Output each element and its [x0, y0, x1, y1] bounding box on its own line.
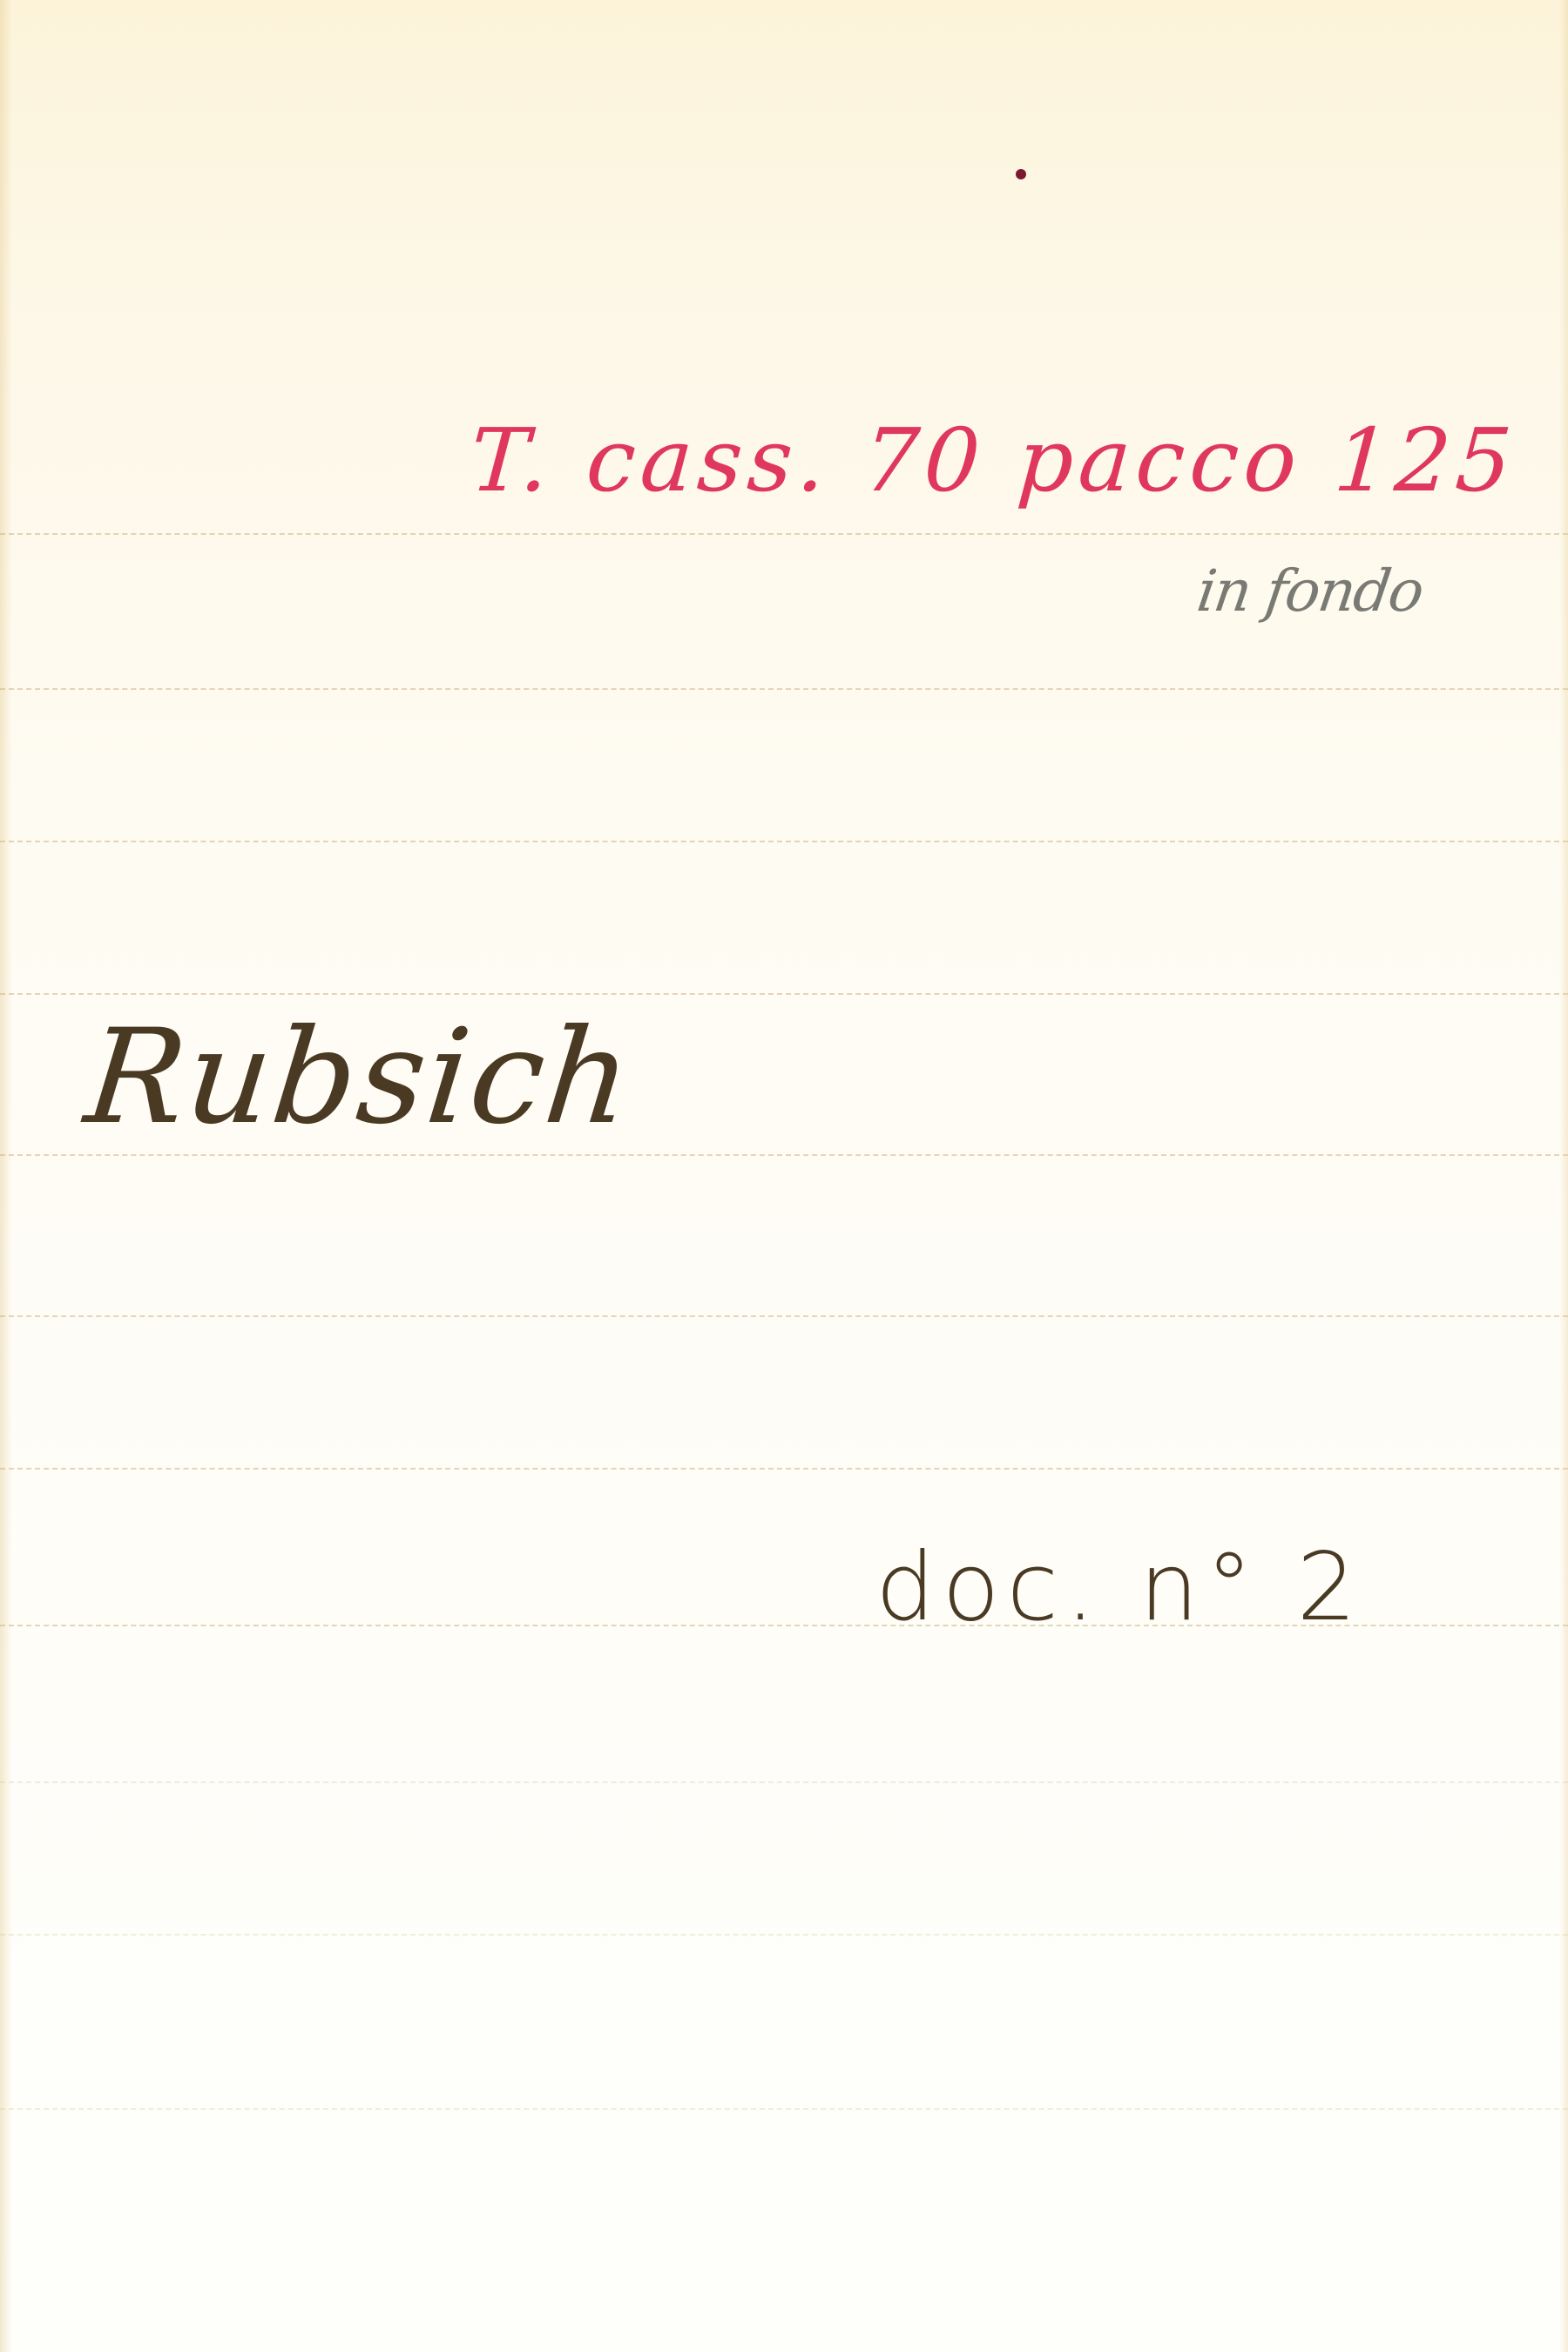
archive-reference: T. cass. 70 pacco 125 — [467, 409, 1520, 511]
ruled-line — [0, 688, 1568, 690]
surname: Rubsich — [79, 1002, 639, 1153]
index-card: T. cass. 70 pacco 125 in fondo Rubsich d… — [0, 0, 1568, 2352]
ruled-line — [0, 841, 1568, 842]
pencil-note: in fondo — [1193, 558, 1427, 625]
ruled-line — [0, 993, 1568, 995]
ruled-line — [0, 2108, 1568, 2110]
ruled-line — [0, 1154, 1568, 1156]
ruled-line — [0, 1934, 1568, 1936]
ruled-line — [0, 1781, 1568, 1783]
ruled-line — [0, 1468, 1568, 1470]
ruled-line — [0, 1315, 1568, 1317]
ruled-line — [0, 533, 1568, 535]
document-number: doc. n° 2 — [875, 1533, 1363, 1642]
ink-dot-mark — [1016, 169, 1026, 179]
